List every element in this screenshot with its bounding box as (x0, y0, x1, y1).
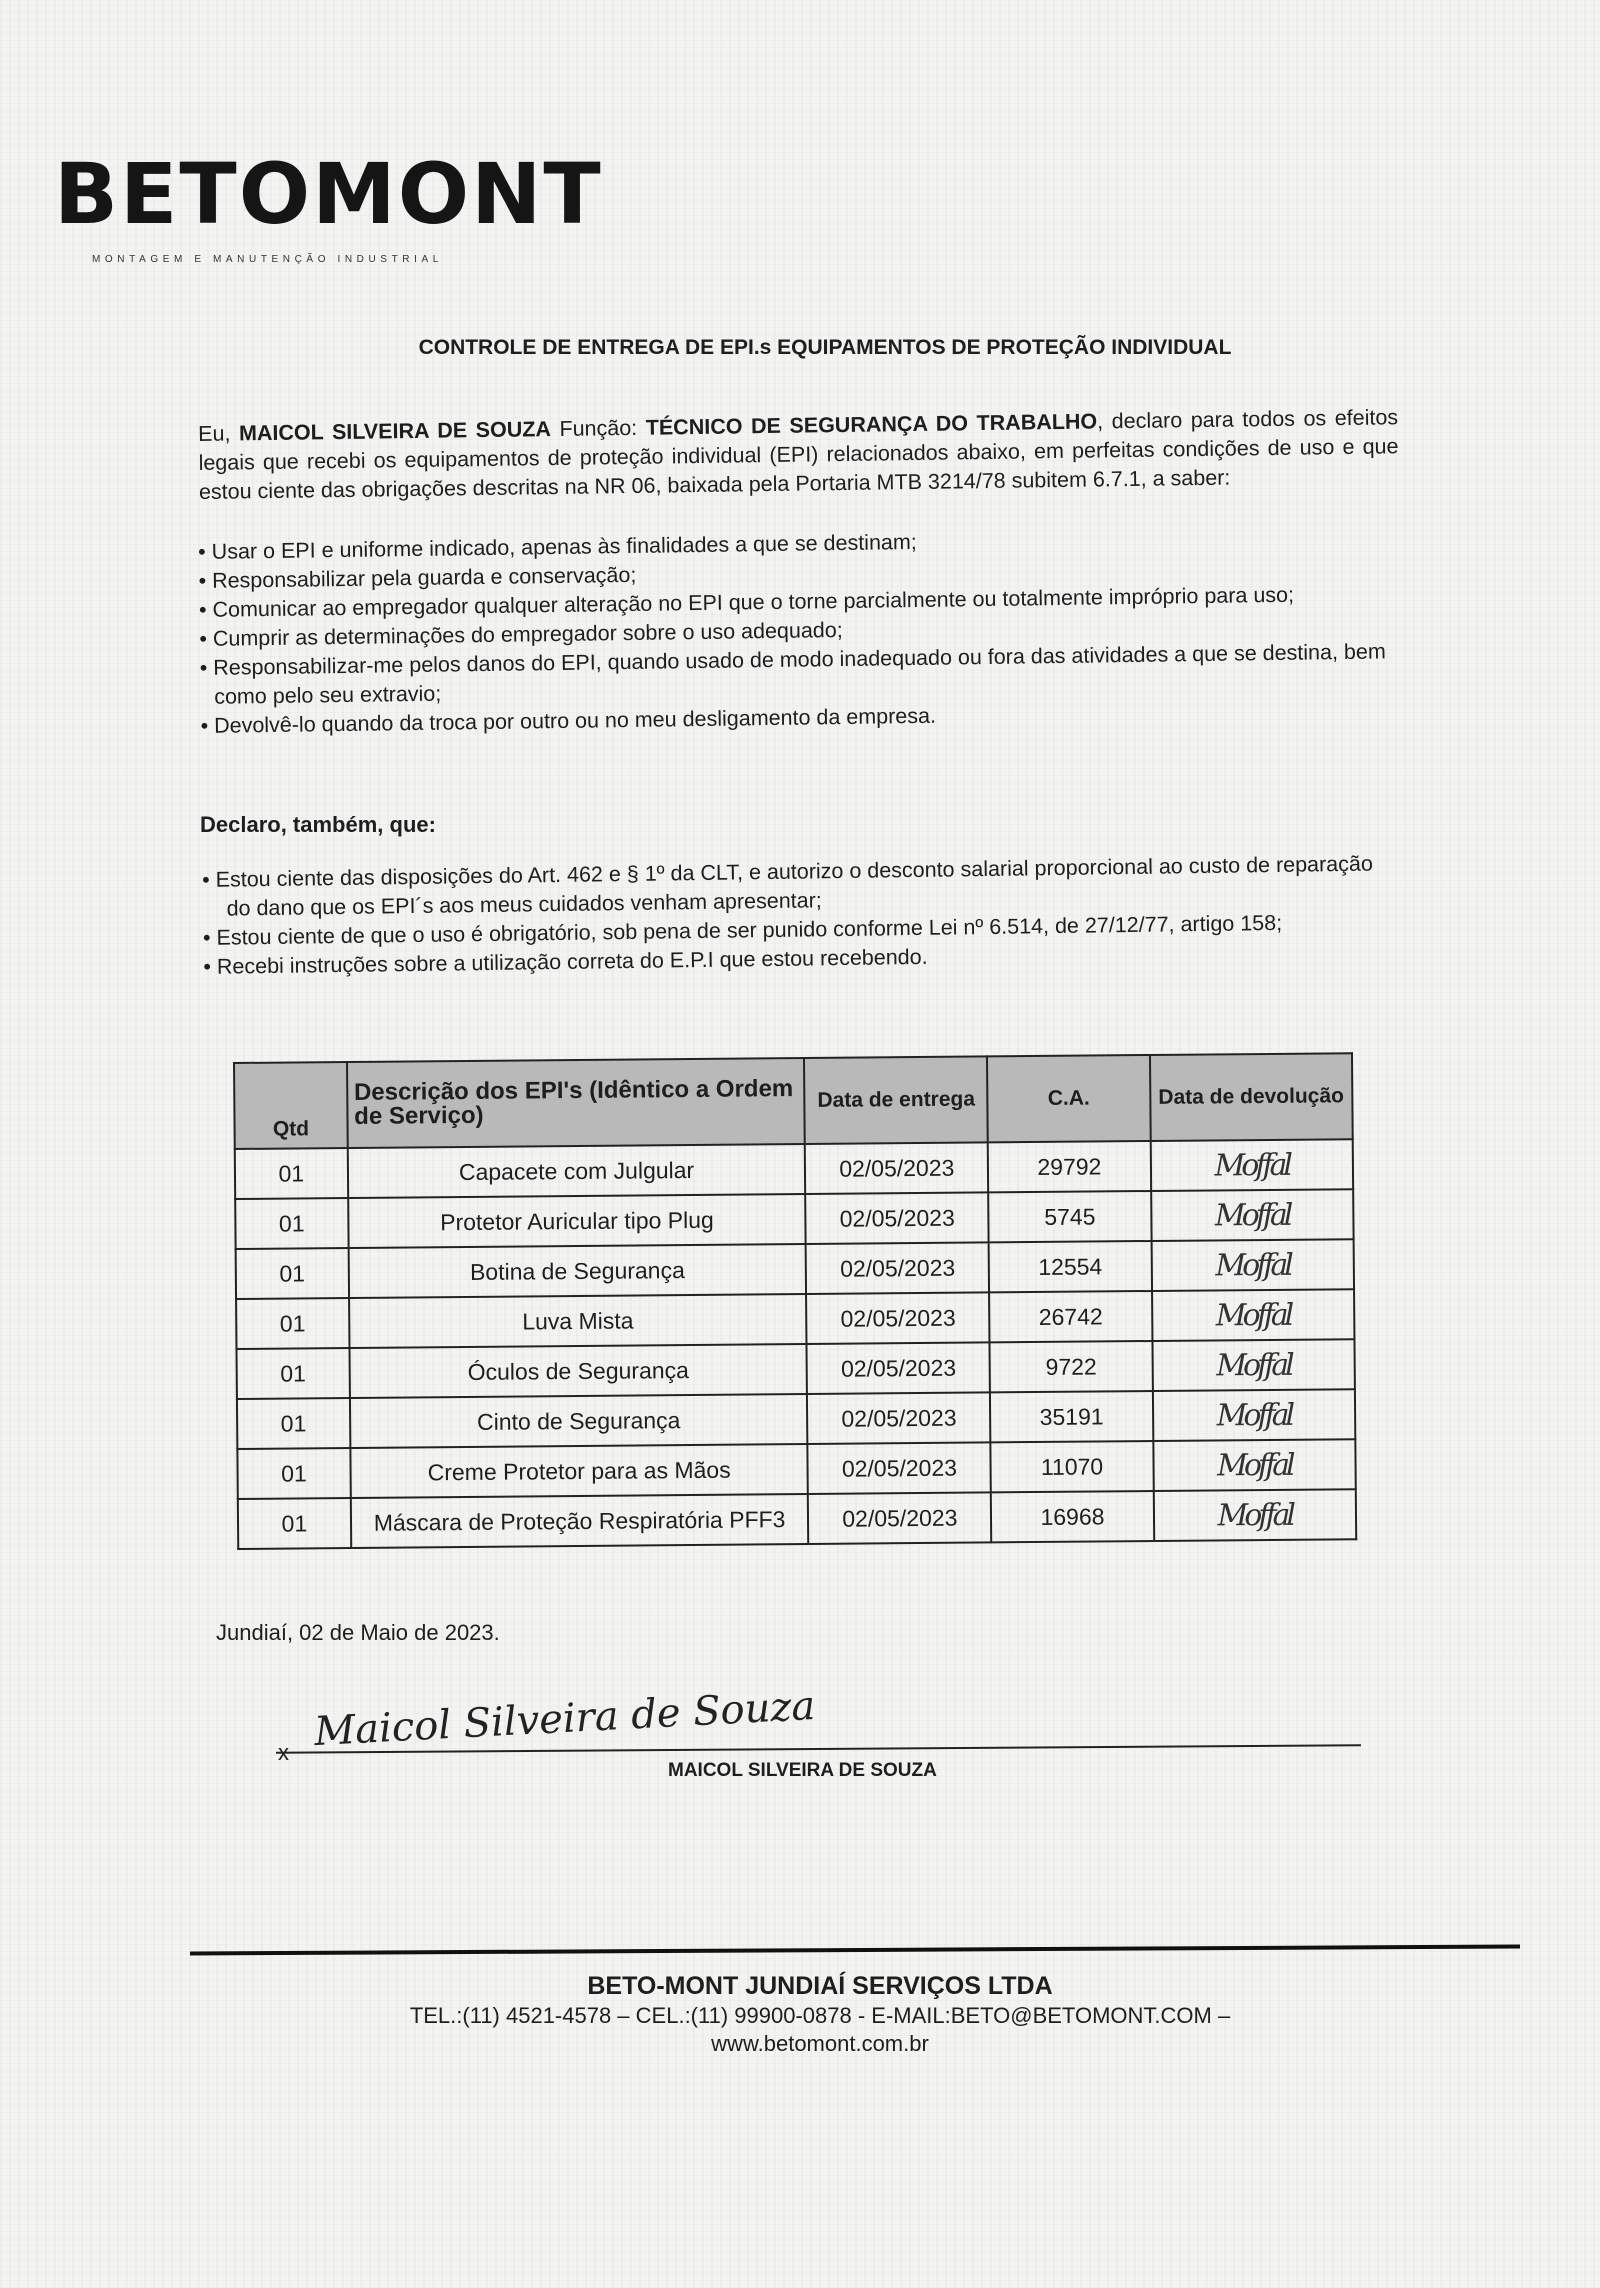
signer-name: MAICOL SILVEIRA DE SOUZA (668, 1760, 937, 1782)
ca-cell: 29792 (988, 1141, 1151, 1192)
delivery-date-cell: 02/05/2023 (807, 1392, 990, 1444)
qty-cell: 01 (235, 1148, 348, 1199)
ca-cell: 26742 (989, 1291, 1152, 1342)
qty-cell: 01 (236, 1248, 349, 1299)
initials-signature: Moffal (1217, 1447, 1292, 1483)
return-signature-cell: Moffal (1153, 1439, 1356, 1491)
initials-signature: Moffal (1217, 1397, 1292, 1433)
qty-cell: 01 (237, 1398, 350, 1449)
header-ca: C.A. (987, 1055, 1150, 1142)
delivery-date-cell: 02/05/2023 (806, 1292, 989, 1344)
document-title: CONTROLE DE ENTREGA DE EPI.s EQUIPAMENTO… (0, 336, 1600, 360)
ca-cell: 5745 (988, 1191, 1151, 1242)
footer-company: BETO-MONT JUNDIAÍ SERVIÇOS LTDA (40, 1970, 1600, 2002)
intro-prefix: Eu, (198, 421, 239, 446)
description-cell: Cinto de Segurança (350, 1394, 808, 1448)
declarations-list: • Estou ciente das disposições do Art. 4… (198, 849, 1400, 982)
place-date: Jundiaí, 02 de Maio de 2023. (216, 1620, 500, 1646)
qty-cell: 01 (238, 1498, 351, 1549)
return-signature-cell: Moffal (1151, 1189, 1354, 1241)
return-signature-cell: Moffal (1151, 1239, 1354, 1291)
delivery-date-cell: 02/05/2023 (806, 1192, 989, 1244)
obligations-list: • Usar o EPI e uniforme indicado, apenas… (198, 521, 1401, 741)
ca-cell: 35191 (990, 1391, 1153, 1442)
employee-name: MAICOL SILVEIRA DE SOUZA (239, 417, 551, 445)
description-cell: Máscara de Proteção Respiratória PFF3 (351, 1494, 809, 1548)
ca-cell: 16968 (991, 1491, 1154, 1542)
epi-table: Qtd Descrição dos EPI's (Idêntico a Orde… (233, 1052, 1357, 1550)
delivery-date-cell: 02/05/2023 (808, 1442, 991, 1494)
description-cell: Botina de Segurança (348, 1244, 806, 1298)
footer-divider (190, 1945, 1520, 1956)
delivery-date-cell: 02/05/2023 (807, 1342, 990, 1394)
employee-role: TÉCNICO DE SEGURANÇA DO TRABALHO (646, 409, 1098, 439)
table-header-row: Qtd Descrição dos EPI's (Idêntico a Orde… (234, 1053, 1353, 1149)
ca-cell: 9722 (990, 1341, 1153, 1392)
description-cell: Luva Mista (349, 1294, 807, 1348)
qty-cell: 01 (237, 1348, 350, 1399)
delivery-date-cell: 02/05/2023 (805, 1142, 988, 1194)
header-description: Descrição dos EPI's (Idêntico a Ordem de… (347, 1058, 805, 1148)
delivery-date-cell: 02/05/2023 (808, 1492, 991, 1544)
return-signature-cell: Moffal (1152, 1339, 1355, 1391)
description-cell: Protetor Auricular tipo Plug (348, 1194, 806, 1248)
declarations-heading: Declaro, também, que: (200, 812, 436, 838)
delivery-date-cell: 02/05/2023 (806, 1242, 989, 1294)
header-return-date: Data de devolução (1150, 1053, 1353, 1141)
qty-cell: 01 (235, 1198, 348, 1249)
initials-signature: Moffal (1215, 1247, 1290, 1283)
initials-signature: Moffal (1215, 1197, 1290, 1233)
description-cell: Capacete com Julgular (348, 1144, 806, 1198)
handwritten-signature: Maicol Silveira de Souza (313, 1683, 816, 1755)
initials-signature: Moffal (1216, 1297, 1291, 1333)
description-cell: Óculos de Segurança (349, 1344, 807, 1398)
return-signature-cell: Moffal (1150, 1139, 1353, 1191)
company-logo: BETOMONT (54, 152, 603, 236)
description-cell: Creme Protetor para as Mãos (350, 1444, 808, 1498)
header-qtd: Qtd (234, 1062, 347, 1149)
return-signature-cell: Moffal (1153, 1389, 1356, 1441)
initials-signature: Moffal (1214, 1147, 1289, 1183)
initials-signature: Moffal (1216, 1347, 1291, 1383)
ca-cell: 12554 (989, 1241, 1152, 1292)
qty-cell: 01 (237, 1448, 350, 1499)
funcao-label: Função: (551, 416, 646, 441)
ca-cell: 11070 (991, 1441, 1154, 1492)
footer-website: www.betomont.com.br (40, 2030, 1600, 2058)
return-signature-cell: Moffal (1152, 1289, 1355, 1341)
table-row: 01Máscara de Proteção Respiratória PFF30… (238, 1489, 1356, 1549)
return-signature-cell: Moffal (1153, 1489, 1356, 1541)
intro-paragraph: Eu, MAICOL SILVEIRA DE SOUZA Função: TÉC… (198, 403, 1399, 507)
header-delivery-date: Data de entrega (804, 1056, 988, 1144)
logo-subtitle: MONTAGEM E MANUTENÇÃO INDUSTRIAL (92, 254, 443, 265)
footer: BETO-MONT JUNDIAÍ SERVIÇOS LTDA TEL.:(11… (0, 1970, 1600, 2058)
initials-signature: Moffal (1217, 1497, 1292, 1533)
footer-contact: TEL.:(11) 4521-4578 – CEL.:(11) 99900-08… (40, 2002, 1600, 2030)
qty-cell: 01 (236, 1298, 349, 1349)
